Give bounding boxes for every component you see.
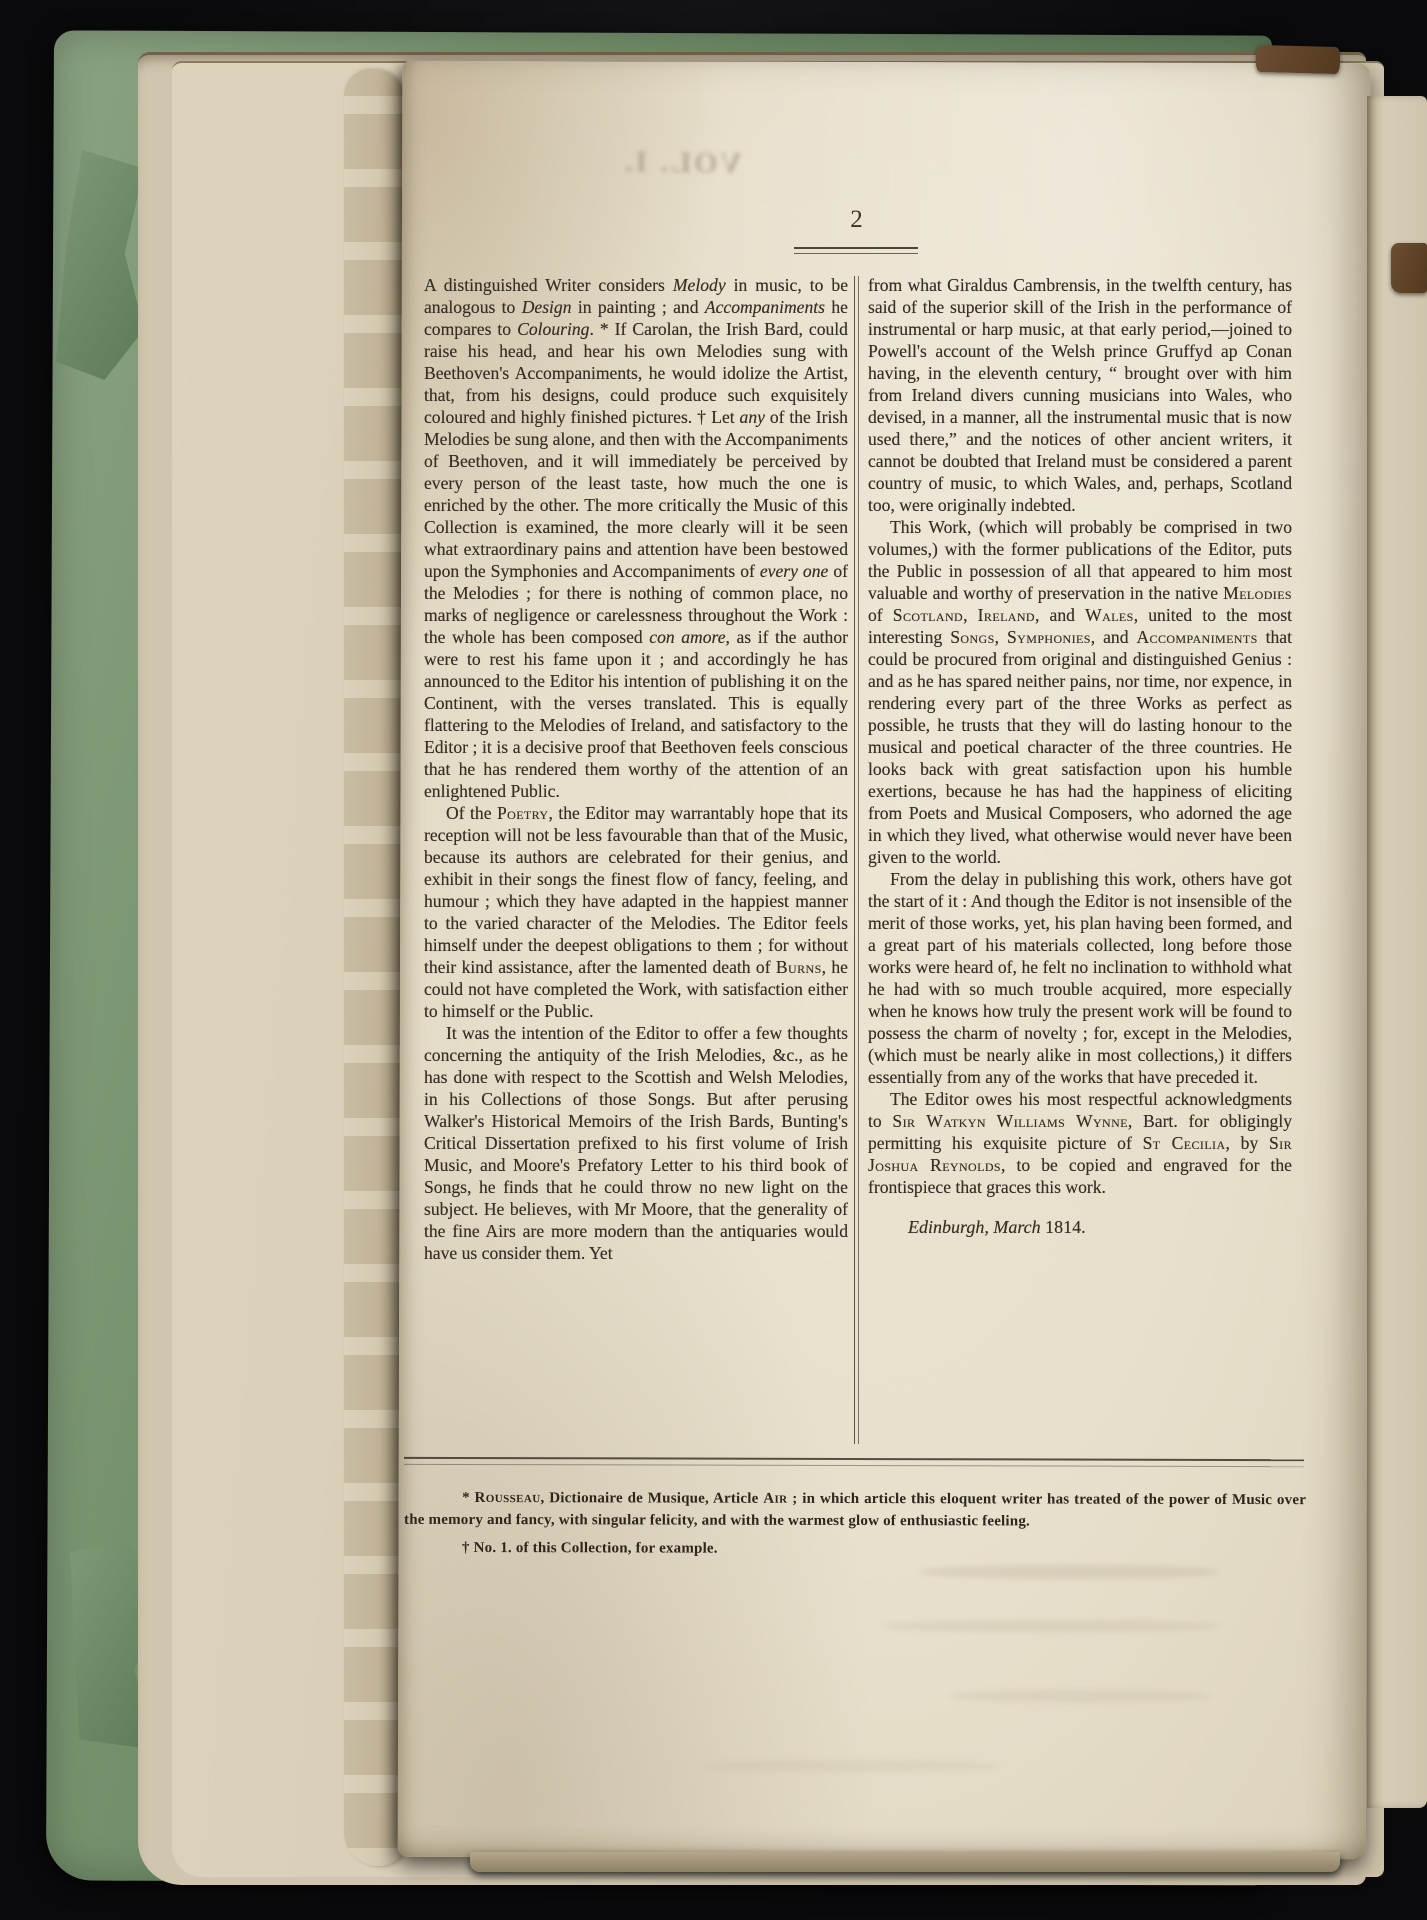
- photo-backdrop: { "page": { "number": "2", "show_through…: [0, 0, 1427, 1920]
- column-right-paragraphs: from what Giraldus Cambrensis, in the tw…: [868, 274, 1292, 1198]
- small-caps-text: Scotland: [893, 605, 963, 625]
- body-text: of the Irish Melodies be sung alone, and…: [424, 407, 848, 581]
- column-divider-rule: [854, 276, 859, 1444]
- paragraph: from what Giraldus Cambrensis, in the tw…: [868, 274, 1292, 516]
- column-right: from what Giraldus Cambrensis, in the tw…: [868, 274, 1292, 1238]
- footnote: † No. 1. of this Collection, for example…: [404, 1537, 1306, 1561]
- body-text: It was the intention of the Editor to of…: [424, 1023, 848, 1263]
- body-text: ,: [963, 605, 978, 625]
- paragraph: The Editor owes his most respectful ackn…: [868, 1088, 1292, 1198]
- body-text: , the Editor may warrantably hope that i…: [424, 803, 848, 977]
- page-number: 2: [817, 206, 897, 234]
- body-text: A distinguished Writer considers: [424, 275, 673, 295]
- small-caps-text: Burns: [776, 957, 822, 977]
- body-text: of: [868, 605, 893, 625]
- show-through-smudge: [700, 1760, 1000, 1772]
- italic-text: Accompaniments: [705, 297, 825, 317]
- footnotes: * Rousseau, Dictionaire de Musique, Arti…: [404, 1487, 1306, 1567]
- page-number-rule: [794, 247, 918, 254]
- show-through-smudge: [920, 1565, 1220, 1579]
- show-through-smudge: [950, 1690, 1210, 1702]
- small-caps-text: St Cecilia: [1143, 1133, 1226, 1153]
- body-text: from what Giraldus Cambrensis, in the tw…: [868, 275, 1292, 515]
- italic-text: Design: [522, 297, 572, 317]
- body-text: ,: [995, 627, 1007, 647]
- paragraph: It was the intention of the Editor to of…: [424, 1022, 848, 1264]
- paragraph: A distinguished Writer considers Melody …: [424, 274, 848, 802]
- italic-text: Melody: [673, 275, 726, 295]
- small-caps-text: Melodies: [1223, 583, 1292, 603]
- body-text: Of the: [446, 803, 497, 823]
- body-text: , by: [1226, 1133, 1269, 1153]
- paragraph: This Work, (which will probably be compr…: [868, 516, 1292, 868]
- show-through-smudge: [880, 1620, 1220, 1632]
- small-caps-text: Air: [763, 1491, 787, 1507]
- leather-spine-fragment: [1391, 243, 1427, 293]
- small-caps-text: Wales: [1085, 605, 1134, 625]
- italic-text: every one: [760, 561, 828, 581]
- italic-text: any: [740, 407, 765, 427]
- body-text: † No. 1. of this Collection, for example…: [462, 1540, 718, 1557]
- small-caps-text: Poetry: [497, 803, 549, 823]
- leather-spine-fragment: [1256, 45, 1341, 74]
- small-caps-text: Sir Watkyn Williams Wynne: [892, 1111, 1127, 1131]
- column-left-paragraphs: A distinguished Writer considers Melody …: [424, 274, 848, 1264]
- italic-text: Colouring: [517, 319, 589, 339]
- paragraph: Of the Poetry, the Editor may warrantabl…: [424, 802, 848, 1022]
- show-through-text: VOL. I.: [622, 145, 742, 181]
- paragraph: From the delay in publishing this work, …: [868, 868, 1292, 1088]
- body-text: , as if the author were to rest his fame…: [424, 627, 848, 801]
- body-text: *: [462, 1490, 475, 1506]
- body-text: that could be procured from original and…: [868, 627, 1292, 867]
- imprint-line: Edinburgh, March 1814.: [908, 1216, 1292, 1238]
- small-caps-text: Songs: [950, 627, 994, 647]
- footnote: * Rousseau, Dictionaire de Musique, Arti…: [404, 1487, 1306, 1533]
- small-caps-text: Symphonies: [1007, 627, 1091, 647]
- body-text: , and: [1035, 605, 1085, 625]
- body-text: 1814.: [1041, 1217, 1086, 1237]
- next-page-edge: [1367, 96, 1427, 1808]
- page-bottom-edge: [470, 1852, 1340, 1872]
- small-caps-text: Accompaniments: [1136, 627, 1257, 647]
- body-text: in painting ; and: [572, 297, 705, 317]
- small-caps-text: Ireland: [978, 605, 1035, 625]
- body-text: , and: [1091, 627, 1137, 647]
- body-text: From the delay in publishing this work, …: [868, 869, 1292, 1087]
- deckle-edge: [344, 70, 406, 1866]
- column-left: A distinguished Writer considers Melody …: [424, 274, 848, 1264]
- small-caps-text: Rousseau: [475, 1490, 541, 1506]
- italic-text: con amore: [649, 627, 725, 647]
- body-text: , Dictionaire de Musique, Article: [541, 1490, 764, 1507]
- italic-text: Edinburgh, March: [908, 1217, 1041, 1237]
